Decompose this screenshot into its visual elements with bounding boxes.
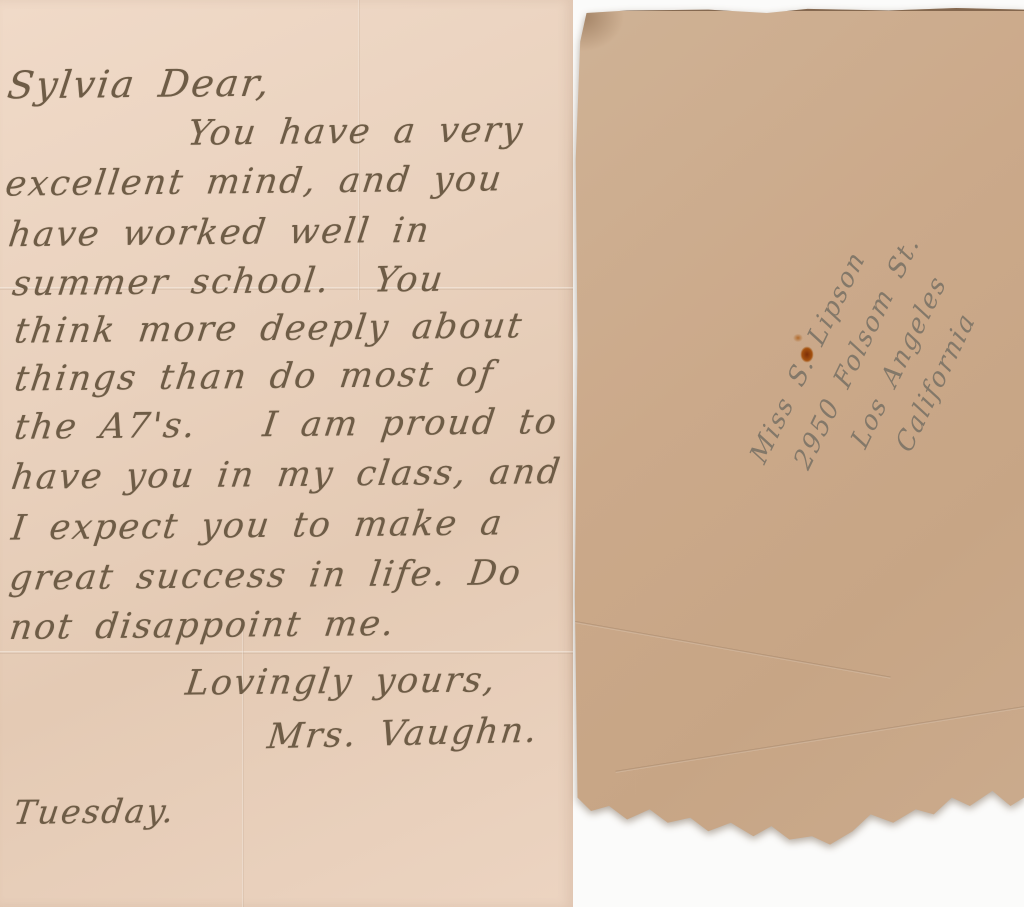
letter-body-line: have worked well in <box>6 211 433 255</box>
letter-body-line: excellent mind, and you <box>3 159 505 204</box>
letter-body-line: great success in life. Do <box>7 553 525 598</box>
scanned-document: Sylvia Dear, You have a very excellent m… <box>0 0 1024 907</box>
letter-page: Sylvia Dear, You have a very excellent m… <box>0 0 573 907</box>
envelope-address: Miss S. Lipson 2950 Folsom St. Los Angel… <box>739 128 1024 525</box>
letter-body-line: the A7's. I am proud to <box>12 402 561 448</box>
letter-body-line: not disappoint me. <box>7 604 398 648</box>
letter-closing: Lovingly yours, <box>183 660 499 703</box>
letter-body-line: You have a very <box>185 110 526 154</box>
envelope-paper: Miss S. Lipson 2950 Folsom St. Los Angel… <box>573 8 1024 848</box>
letter-body-line: summer school. You <box>10 260 447 305</box>
letter-body-line: think more deeply about <box>12 306 526 351</box>
envelope-crease <box>565 619 890 678</box>
letter-salutation: Sylvia Dear, <box>5 61 274 108</box>
letter-signature: Mrs. Vaughn. <box>265 711 540 758</box>
envelope: Miss S. Lipson 2950 Folsom St. Los Angel… <box>573 8 1024 848</box>
letter-body-line: I expect you to make a <box>9 503 506 548</box>
letter-fold-crease <box>0 651 573 654</box>
letter-body-line: things than do most of <box>12 354 497 399</box>
letter-body-line: have you in my class, and <box>9 452 564 498</box>
envelope-crease <box>615 705 1024 773</box>
letter-dateline: Tuesday. <box>11 791 178 832</box>
